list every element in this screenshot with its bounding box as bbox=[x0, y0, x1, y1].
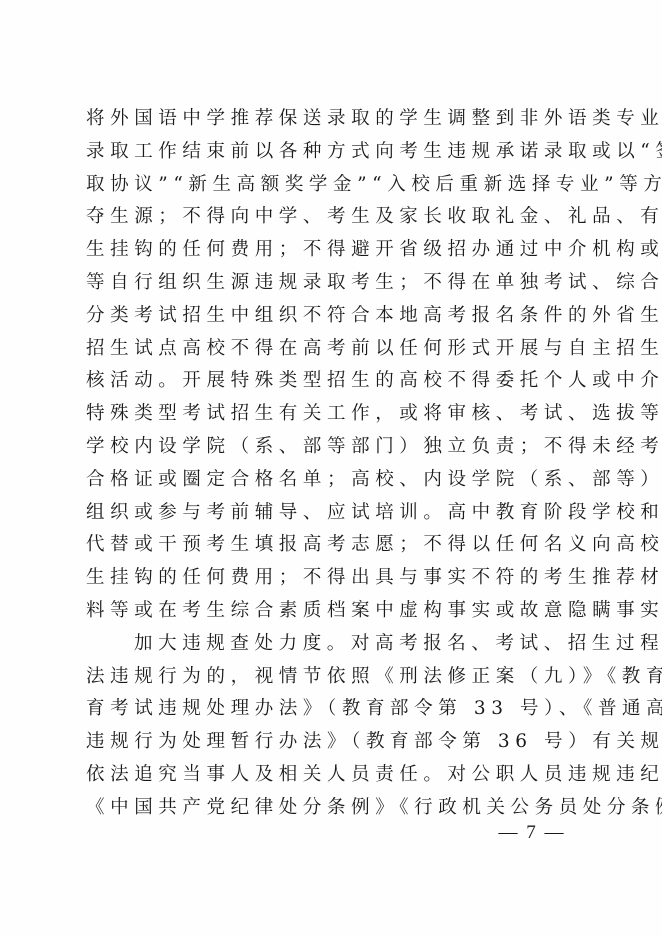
document-page: 将外国语中学推荐保送录取的学生调整到非外语类专业；不得在 录取工作结束前以各种方… bbox=[0, 0, 662, 936]
text-line: 代替或干预考生填报高考志愿；不得以任何名义向高校收取与招 bbox=[86, 529, 571, 562]
text-line: 加大违规查处力度。对高考报名、考试、招生过程中出现违 bbox=[86, 628, 571, 661]
text-line: 分类考试招生中组织不符合本地高考报名条件的外省生源。自主 bbox=[86, 300, 571, 333]
text-line: 料等或在考生综合素质档案中虚构事实或故意隐瞒事实。 bbox=[86, 595, 571, 628]
text-line: 核活动。开展特殊类型招生的高校不得委托个人或中介组织开展 bbox=[86, 365, 571, 398]
text-line: 学校内设学院（系、部等部门）独立负责；不得未经考核发放专业 bbox=[86, 431, 571, 464]
text-line: 依法追究当事人及相关人员责任。对公职人员违规违纪的，依据 bbox=[86, 759, 571, 792]
text-line: 招生试点高校不得在高考前以任何形式开展与自主招生挂钩的考 bbox=[86, 333, 571, 366]
text-line: 录取工作结束前以各种方式向考生违规承诺录取或以“签订预录 bbox=[86, 136, 571, 169]
page-number: — 7 — bbox=[498, 822, 566, 844]
text-line: 生挂钩的任何费用；不得避开省级招办通过中介机构或学校教师 bbox=[86, 234, 571, 267]
text-line: 取协议”“新生高额奖学金”“入校后重新选择专业”等方式恶性抢 bbox=[86, 169, 571, 202]
text-line: 《中国共产党纪律处分条例》《行政机关公务员处分条例》《事业单 bbox=[86, 792, 571, 825]
text-line: 特殊类型考试招生有关工作，或将审核、考试、选拔等工作下放至 bbox=[86, 398, 571, 431]
text-line: 夺生源；不得向中学、考生及家长收取礼金、礼品、有价证券或与招 bbox=[86, 201, 571, 234]
text-line: 育考试违规处理办法》（教育部令第 33 号）、《普通高等学校招生 bbox=[86, 693, 571, 726]
text-line: 合格证或圈定合格名单；高校、内设学院（系、部等）及教职工不得 bbox=[86, 464, 571, 497]
text-line: 组织或参与考前辅导、应试培训。高中教育阶段学校和教师不得 bbox=[86, 497, 571, 530]
text-line: 等自行组织生源违规录取考生；不得在单独考试、综合评价等高职 bbox=[86, 267, 571, 300]
body-text: 将外国语中学推荐保送录取的学生调整到非外语类专业；不得在 录取工作结束前以各种方… bbox=[86, 103, 576, 825]
text-line: 生挂钩的任何费用；不得出具与事实不符的考生推荐材料、证明材 bbox=[86, 562, 571, 595]
text-line: 法违规行为的，视情节依照《刑法修正案（九）》《教育法》《国家教 bbox=[86, 661, 571, 694]
text-line: 违规行为处理暂行办法》（教育部令第 36 号）有关规定严肃处理， bbox=[86, 726, 571, 759]
text-line: 将外国语中学推荐保送录取的学生调整到非外语类专业；不得在 bbox=[86, 103, 571, 136]
